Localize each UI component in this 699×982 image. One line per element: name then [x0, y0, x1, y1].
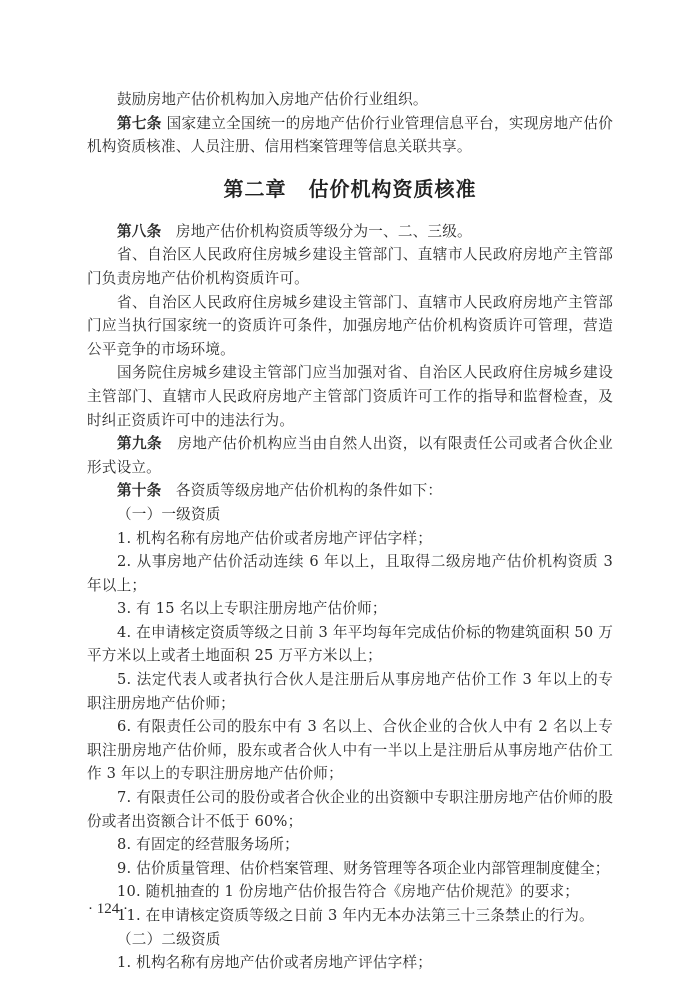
- paragraph: 国务院住房城乡建设主管部门应当加强对省、自治区人民政府住房城乡建设主管部门、直辖…: [87, 361, 613, 432]
- paragraph-text: 3. 有 15 名以上专职注册房地产估价师；: [117, 600, 387, 617]
- paragraph-text: 各资质等级房地产估价机构的条件如下：: [176, 482, 442, 499]
- paragraph-text: （一）一级资质: [117, 506, 221, 523]
- chapter-number: 第二章: [224, 177, 287, 201]
- paragraph-text: 9. 估价质量管理、估价档案管理、财务管理等各项企业内部管理制度健全；: [117, 860, 610, 877]
- article-label: 第七条: [117, 115, 162, 132]
- paragraph-text: 国家建立全国统一的房地产估价行业管理信息平台，实现房地产估价机构资质核准、人员注…: [87, 115, 613, 156]
- paragraph-text: 6. 有限责任公司的股东中有 3 名以上、合伙企业的合伙人中有 2 名以上专职注…: [87, 718, 613, 782]
- paragraph-text: 房地产估价机构应当由自然人出资，以有限责任公司或者合伙企业形式设立。: [87, 435, 613, 476]
- paragraph-text: 5. 法定代表人或者执行合伙人是注册后从事房地产估价工作 3 年以上的专职注册房…: [87, 671, 613, 712]
- subsection-heading: （二）二级资质: [87, 928, 613, 952]
- list-item: 4. 在申请核定资质等级之日前 3 年平均每年完成估价标的物建筑面积 50 万平…: [87, 621, 613, 668]
- paragraph: 鼓励房地产估价机构加入房地产估价行业组织。: [87, 88, 613, 112]
- chapter-title: 估价机构资质核准: [309, 177, 477, 201]
- list-item: 11. 在申请核定资质等级之日前 3 年内无本办法第三十三条禁止的行为。: [87, 904, 613, 928]
- paragraph-text: 2. 从事房地产估价活动连续 6 年以上，且取得二级房地产估价机构资质 3 年以…: [87, 553, 613, 594]
- article-7-paragraph: 第七条 国家建立全国统一的房地产估价行业管理信息平台，实现房地产估价机构资质核准…: [87, 112, 613, 159]
- list-item: 1. 机构名称有房地产估价或者房地产评估字样；: [87, 951, 613, 975]
- paragraph-text: 11. 在申请核定资质等级之日前 3 年内无本办法第三十三条禁止的行为。: [117, 907, 594, 924]
- list-item: 1. 机构名称有房地产估价或者房地产评估字样；: [87, 527, 613, 551]
- article-8-paragraph: 第八条 房地产估价机构资质等级分为一、二、三级。: [87, 220, 613, 244]
- paragraph: 省、自治区人民政府住房城乡建设主管部门、直辖市人民政府房地产主管部门负责房地产估…: [87, 243, 613, 290]
- article-label: 第十条: [117, 482, 161, 499]
- paragraph: 省、自治区人民政府住房城乡建设主管部门、直辖市人民政府房地产主管部门应当执行国家…: [87, 291, 613, 362]
- subsection-heading: （一）一级资质: [87, 503, 613, 527]
- article-9-paragraph: 第九条 房地产估价机构应当由自然人出资，以有限责任公司或者合伙企业形式设立。: [87, 432, 613, 479]
- paragraph-text: 10. 随机抽查的 1 份房地产估价报告符合《房地产估价规范》的要求；: [117, 883, 579, 900]
- paragraph-text: 省、自治区人民政府住房城乡建设主管部门、直辖市人民政府房地产主管部门负责房地产估…: [87, 246, 613, 287]
- article-label: 第九条: [117, 435, 162, 452]
- page-number: · 124 ·: [88, 901, 128, 918]
- article-10-paragraph: 第十条 各资质等级房地产估价机构的条件如下：: [87, 479, 613, 503]
- paragraph-text: 省、自治区人民政府住房城乡建设主管部门、直辖市人民政府房地产主管部门应当执行国家…: [87, 294, 613, 358]
- chapter-heading: 第二章估价机构资质核准: [87, 176, 613, 202]
- list-item: 6. 有限责任公司的股东中有 3 名以上、合伙企业的合伙人中有 2 名以上专职注…: [87, 715, 613, 786]
- paragraph-text: 7. 有限责任公司的股份或者合伙企业的出资额中专职注册房地产估价师的股份或者出资…: [87, 789, 613, 830]
- list-item: 9. 估价质量管理、估价档案管理、财务管理等各项企业内部管理制度健全；: [87, 857, 613, 881]
- list-item: 5. 法定代表人或者执行合伙人是注册后从事房地产估价工作 3 年以上的专职注册房…: [87, 668, 613, 715]
- list-item: 3. 有 15 名以上专职注册房地产估价师；: [87, 597, 613, 621]
- paragraph-text: 鼓励房地产估价机构加入房地产估价行业组织。: [117, 91, 428, 108]
- list-item: 2. 从事房地产估价活动连续 6 年以上，且取得二级房地产估价机构资质 3 年以…: [87, 550, 613, 597]
- paragraph-text: 国务院住房城乡建设主管部门应当加强对省、自治区人民政府住房城乡建设主管部门、直辖…: [87, 364, 613, 428]
- list-item: 7. 有限责任公司的股份或者合伙企业的出资额中专职注册房地产估价师的股份或者出资…: [87, 786, 613, 833]
- list-item: 10. 随机抽查的 1 份房地产估价报告符合《房地产估价规范》的要求；: [87, 880, 613, 904]
- paragraph-text: 1. 机构名称有房地产估价或者房地产评估字样；: [117, 954, 432, 971]
- paragraph-text: 1. 机构名称有房地产估价或者房地产评估字样；: [117, 530, 432, 547]
- document-page: 鼓励房地产估价机构加入房地产估价行业组织。 第七条 国家建立全国统一的房地产估价…: [87, 88, 613, 975]
- paragraph-text: 房地产估价机构资质等级分为一、二、三级。: [176, 223, 472, 240]
- paragraph-text: 4. 在申请核定资质等级之日前 3 年平均每年完成估价标的物建筑面积 50 万平…: [87, 624, 613, 665]
- list-item: 8. 有固定的经营服务场所；: [87, 833, 613, 857]
- paragraph-text: （二）二级资质: [117, 931, 221, 948]
- paragraph-text: 8. 有固定的经营服务场所；: [117, 836, 299, 853]
- article-label: 第八条: [117, 223, 161, 240]
